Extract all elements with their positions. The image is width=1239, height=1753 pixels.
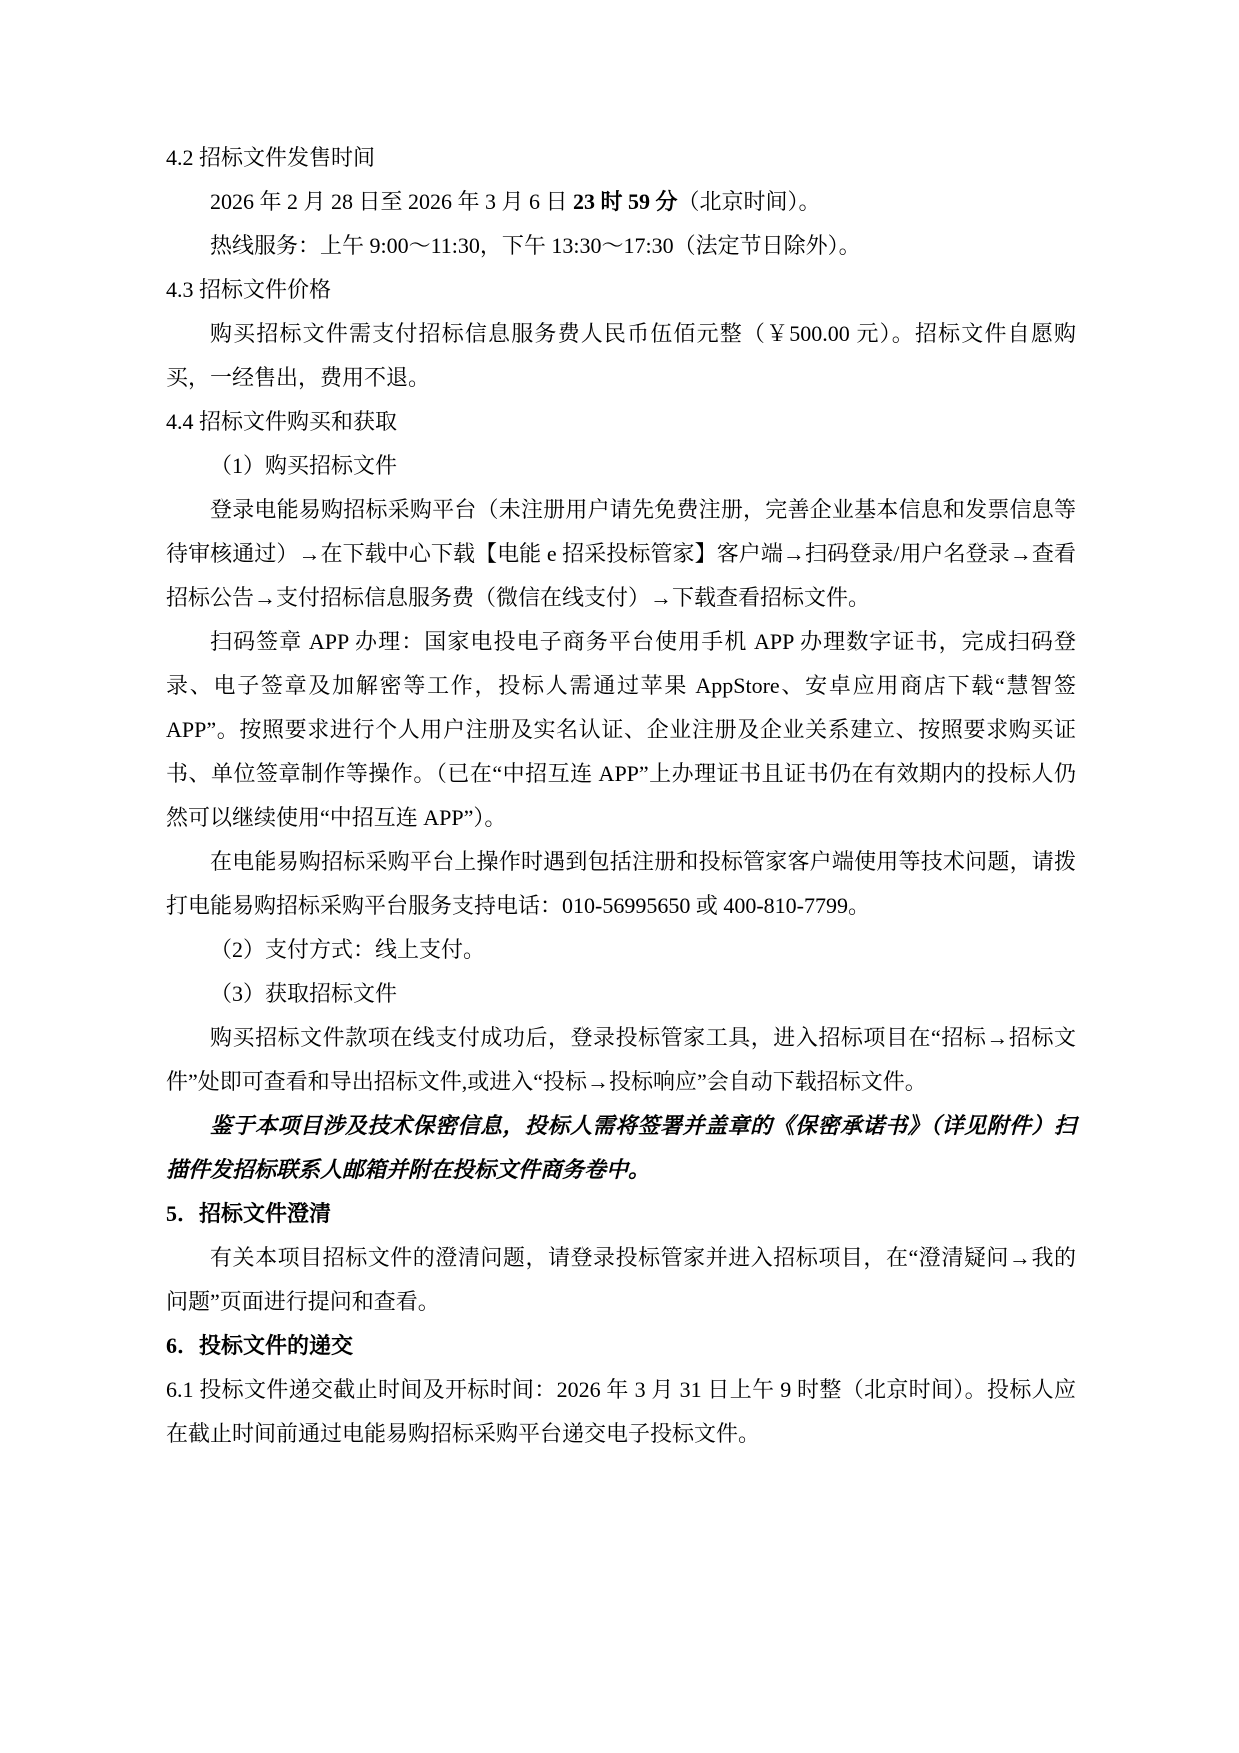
text-run: 购买招标文件需支付招标信息服务费人民币伍佰元整（￥500.00 元）。招标文件自…	[166, 321, 1076, 390]
text-run: 6．投标文件的递交	[166, 1333, 353, 1358]
text-run: 23 时 59 分	[573, 189, 678, 214]
text-run: （1）购买招标文件	[210, 453, 397, 478]
section-heading: 4.4 招标文件购买和获取	[166, 400, 1076, 444]
paragraph: 在电能易购招标采购平台上操作时遇到包括注册和投标管家客户端使用等技术问题，请拨打…	[166, 840, 1076, 928]
paragraph: 扫码签章 APP 办理：国家电投电子商务平台使用手机 APP 办理数字证书，完成…	[166, 620, 1076, 840]
text-run: （北京时间）。	[678, 189, 821, 214]
text-run: （2）支付方式：线上支付。	[210, 937, 485, 962]
section-heading: 4.3 招标文件价格	[166, 268, 1076, 312]
paragraph: 购买招标文件款项在线支付成功后，登录投标管家工具，进入招标项目在“招标→招标文件…	[166, 1016, 1076, 1104]
text-run: 5．招标文件澄清	[166, 1201, 331, 1226]
text-run: 扫码签章 APP 办理：国家电投电子商务平台使用手机 APP 办理数字证书，完成…	[166, 629, 1076, 830]
document-page: 4.2 招标文件发售时间2026 年 2 月 28 日至 2026 年 3 月 …	[0, 0, 1239, 1753]
text-run: 2026 年 2 月 28 日至 2026 年 3 月 6 日	[210, 189, 573, 214]
section-heading: 6．投标文件的递交	[166, 1324, 1076, 1368]
text-run: 4.4 招标文件购买和获取	[166, 409, 397, 434]
text-run: 4.2 招标文件发售时间	[166, 145, 375, 170]
text-run: 鉴于本项目涉及技术保密信息，投标人需将签署并盖章的《保密承诺书》（详见附件）扫描…	[166, 1113, 1076, 1182]
text-run: 有关本项目招标文件的澄清问题，请登录投标管家并进入招标项目，在“澄清疑问→我的问…	[166, 1245, 1076, 1314]
paragraph: 热线服务：上午 9:00～11:30，下午 13:30～17:30（法定节日除外…	[166, 224, 1076, 268]
paragraph: 有关本项目招标文件的澄清问题，请登录投标管家并进入招标项目，在“澄清疑问→我的问…	[166, 1236, 1076, 1324]
text-run: 6.1 投标文件递交截止时间及开标时间：2026 年 3 月 31 日上午 9 …	[166, 1377, 1076, 1446]
paragraph: 6.1 投标文件递交截止时间及开标时间：2026 年 3 月 31 日上午 9 …	[166, 1368, 1076, 1456]
paragraph: 登录电能易购招标采购平台（未注册用户请先免费注册，完善企业基本信息和发票信息等待…	[166, 488, 1076, 620]
paragraph: （2）支付方式：线上支付。	[166, 928, 1076, 972]
paragraph: 鉴于本项目涉及技术保密信息，投标人需将签署并盖章的《保密承诺书》（详见附件）扫描…	[166, 1104, 1076, 1192]
section-heading: 5．招标文件澄清	[166, 1192, 1076, 1236]
text-run: 4.3 招标文件价格	[166, 277, 331, 302]
text-run: 热线服务：上午 9:00～11:30，下午 13:30～17:30（法定节日除外…	[210, 233, 861, 258]
paragraph: 购买招标文件需支付招标信息服务费人民币伍佰元整（￥500.00 元）。招标文件自…	[166, 312, 1076, 400]
text-run: 购买招标文件款项在线支付成功后，登录投标管家工具，进入招标项目在“招标→招标文件…	[166, 1025, 1076, 1094]
text-run: （3）获取招标文件	[210, 981, 397, 1006]
paragraph: 2026 年 2 月 28 日至 2026 年 3 月 6 日 23 时 59 …	[166, 180, 1076, 224]
text-run: 登录电能易购招标采购平台（未注册用户请先免费注册，完善企业基本信息和发票信息等待…	[166, 497, 1076, 610]
paragraph: （3）获取招标文件	[166, 972, 1076, 1016]
text-run: 在电能易购招标采购平台上操作时遇到包括注册和投标管家客户端使用等技术问题，请拨打…	[166, 849, 1076, 918]
section-heading: 4.2 招标文件发售时间	[166, 136, 1076, 180]
document-body: 4.2 招标文件发售时间2026 年 2 月 28 日至 2026 年 3 月 …	[166, 136, 1076, 1456]
paragraph: （1）购买招标文件	[166, 444, 1076, 488]
